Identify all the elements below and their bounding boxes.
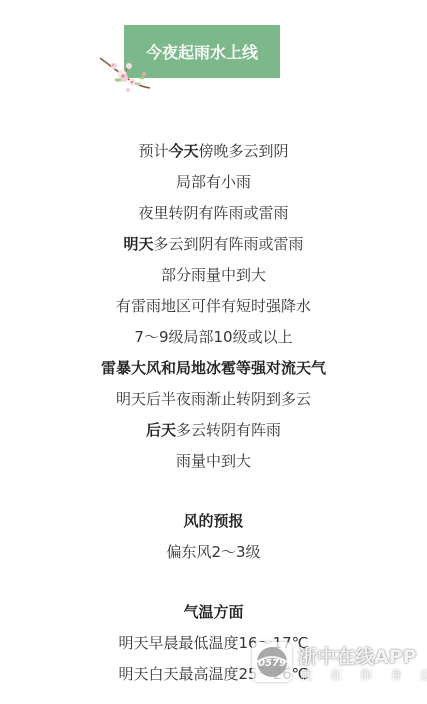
- forecast-line: 预计今天傍晚多云到阴: [0, 136, 427, 167]
- section-spacer: [0, 568, 427, 597]
- wind-heading: 风的预报: [0, 506, 427, 537]
- temperature-line: 明天早晨最低温度16～17℃: [0, 628, 427, 659]
- forecast-line: 部分雨量中到大: [0, 260, 427, 291]
- forecast-line: 明天多云到阴有阵雨或雷雨: [0, 229, 427, 260]
- section-spacer: [0, 477, 427, 506]
- forecast-line: 有雷雨地区可伴有短时强降水: [0, 291, 427, 322]
- line-bold-text: 今天: [168, 142, 198, 160]
- blossom-branch-icon: [98, 52, 158, 94]
- wind-text: 偏东风2～3级: [0, 537, 427, 568]
- forecast-line: 雷暴大风和局地冰雹等强对流天气: [0, 353, 427, 384]
- line-text: 预计: [138, 142, 168, 160]
- line-text: 多云到阴有阵雨或雷雨: [154, 235, 304, 253]
- forecast-content: 预计今天傍晚多云到阴 局部有小雨 夜里转阴有阵雨或雷雨 明天多云到阴有阵雨或雷雨…: [0, 136, 427, 690]
- line-bold-text: 雷暴大风和局地冰雹等强对流天气: [101, 359, 326, 377]
- forecast-line: 夜里转阴有阵雨或雷雨: [0, 198, 427, 229]
- line-text: 多云转阴有阵雨: [176, 421, 281, 439]
- temperature-line: 明天白天最高温度25～26℃: [0, 659, 427, 690]
- forecast-line: 雨量中到大: [0, 446, 427, 477]
- title-text: 今夜起雨水上线: [146, 40, 258, 63]
- temperature-heading: 气温方面: [0, 597, 427, 628]
- forecast-line: 7～9级局部10级或以上: [0, 322, 427, 353]
- forecast-line: 明天后半夜雨渐止转阴到多云: [0, 384, 427, 415]
- line-bold-text: 明天: [123, 235, 153, 253]
- line-text: 傍晚多云到阴: [199, 142, 289, 160]
- forecast-line: 后天多云转阴有阵雨: [0, 415, 427, 446]
- line-bold-text: 后天: [146, 421, 176, 439]
- forecast-line: 局部有小雨: [0, 167, 427, 198]
